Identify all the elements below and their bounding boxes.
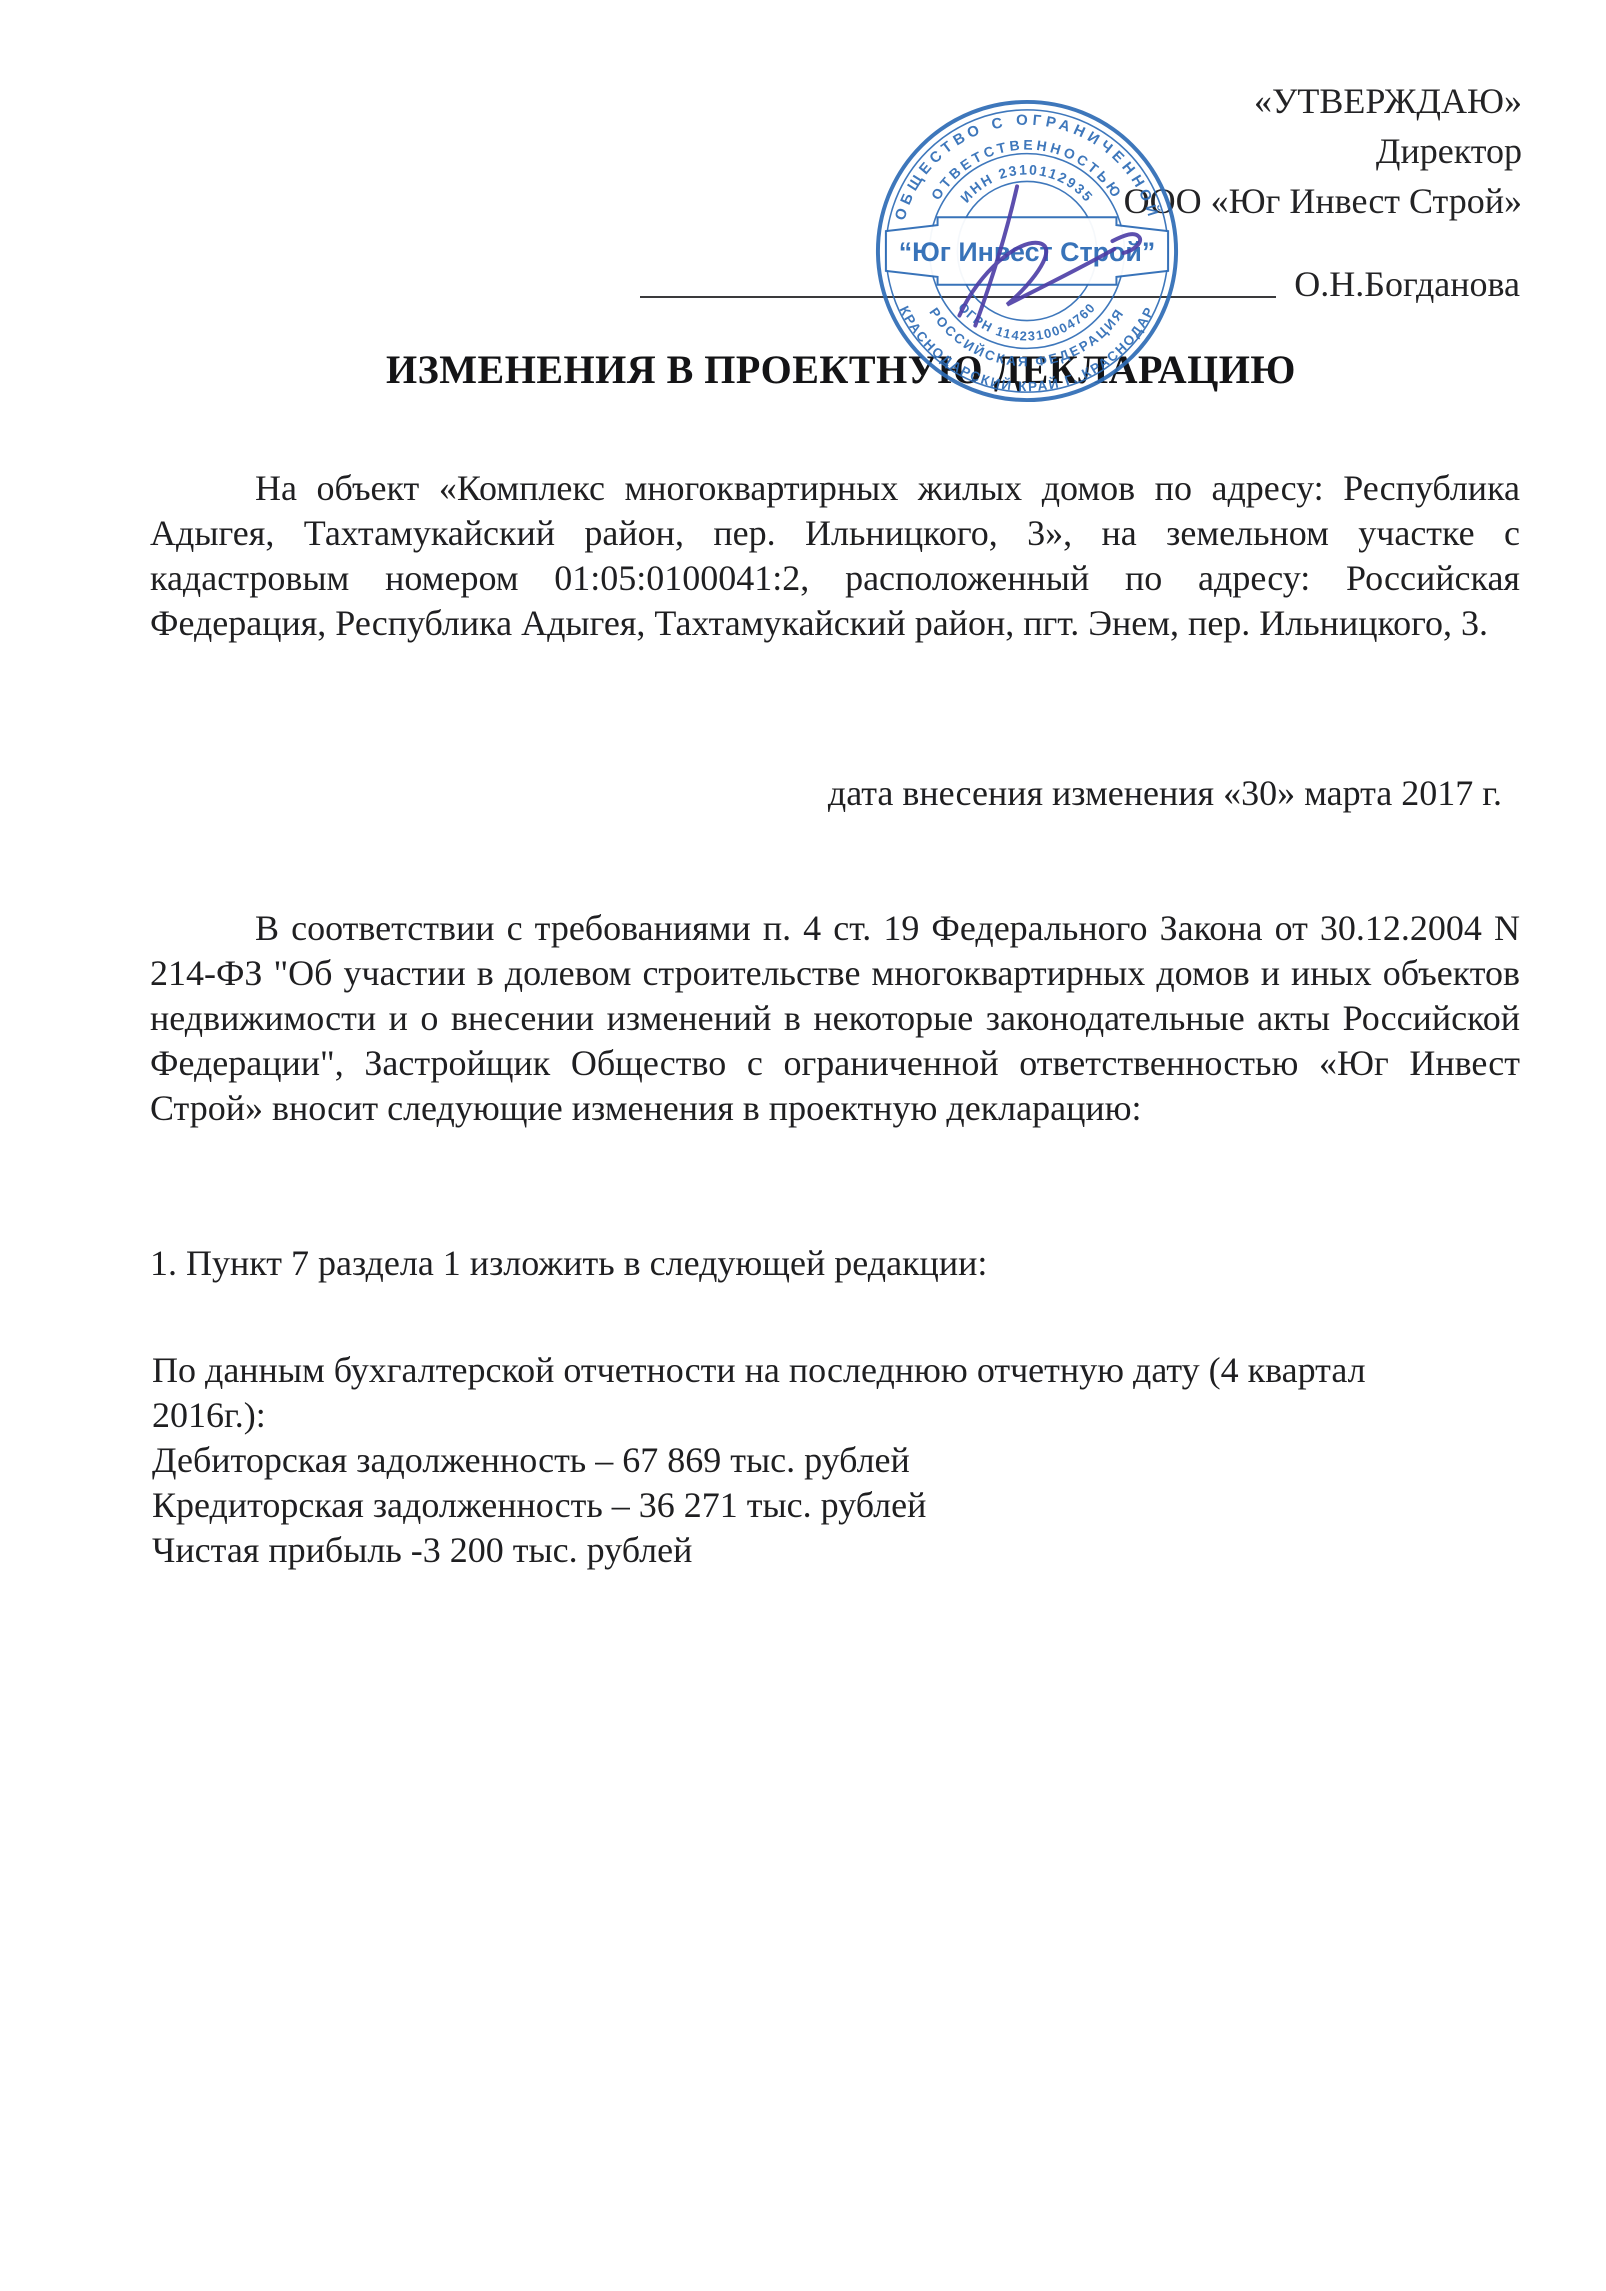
seal-ring-inner-bottom-text: ОГРН 1142310004760	[955, 299, 1098, 343]
amendment-date-line: дата внесения изменения «30» марта 2017 …	[828, 772, 1502, 814]
signatory-name: О.Н.Богданова	[1294, 263, 1520, 305]
signature-row: О.Н.Богданова	[640, 258, 1520, 305]
seal-ring-mid-top-label: ОТВЕТСТВЕННОСТЬЮ	[928, 137, 1127, 203]
financials-intro: По данным бухгалтерской отчетности на по…	[152, 1348, 1432, 1438]
financial-line-receivables: Дебиторская задолженность – 67 869 тыс. …	[152, 1438, 1432, 1483]
seal-ring-outer-top-text: ОБЩЕСТВО С ОГРАНИЧЕННОЙ	[893, 113, 1164, 223]
signature-line	[640, 258, 1276, 298]
approval-block: «УТВЕРЖДАЮ» Директор ООО «Юг Инвест Стро…	[1124, 76, 1522, 226]
approval-line-position: Директор	[1124, 126, 1522, 176]
document-title: ИЗМЕНЕНИЯ В ПРОЕКТНУЮ ДЕКЛАРАЦИЮ	[38, 346, 1606, 393]
amendment-item-1: 1. Пункт 7 раздела 1 изложить в следующе…	[150, 1242, 1520, 1284]
approval-line-company: ООО «Юг Инвест Строй»	[1124, 176, 1522, 226]
seal-ring-mid-top-text: ОТВЕТСТВЕННОСТЬЮ	[928, 137, 1127, 203]
financial-line-payables: Кредиторская задолженность – 36 271 тыс.…	[152, 1483, 1432, 1528]
seal-ring-inner-bottom-label: ОГРН 1142310004760	[955, 299, 1098, 343]
seal-ring-inner-top-label: ИНН 2310112935	[957, 161, 1097, 205]
paragraph-object-description: На объект «Комплекс многоквартирных жилы…	[150, 466, 1520, 646]
financials-block: По данным бухгалтерской отчетности на по…	[152, 1348, 1432, 1573]
document-page: «УТВЕРЖДАЮ» Директор ООО «Юг Инвест Стро…	[0, 0, 1606, 2291]
financial-line-net-profit: Чистая прибыль -3 200 тыс. рублей	[152, 1528, 1432, 1573]
approval-line-approve: «УТВЕРЖДАЮ»	[1124, 76, 1522, 126]
seal-ring-outer-top-label: ОБЩЕСТВО С ОГРАНИЧЕННОЙ	[893, 113, 1164, 223]
paragraph-legal-basis: В соответствии с требованиями п. 4 ст. 1…	[150, 906, 1520, 1131]
seal-ring-inner-top-text: ИНН 2310112935	[957, 161, 1097, 205]
seal-mid-circle	[930, 154, 1125, 349]
